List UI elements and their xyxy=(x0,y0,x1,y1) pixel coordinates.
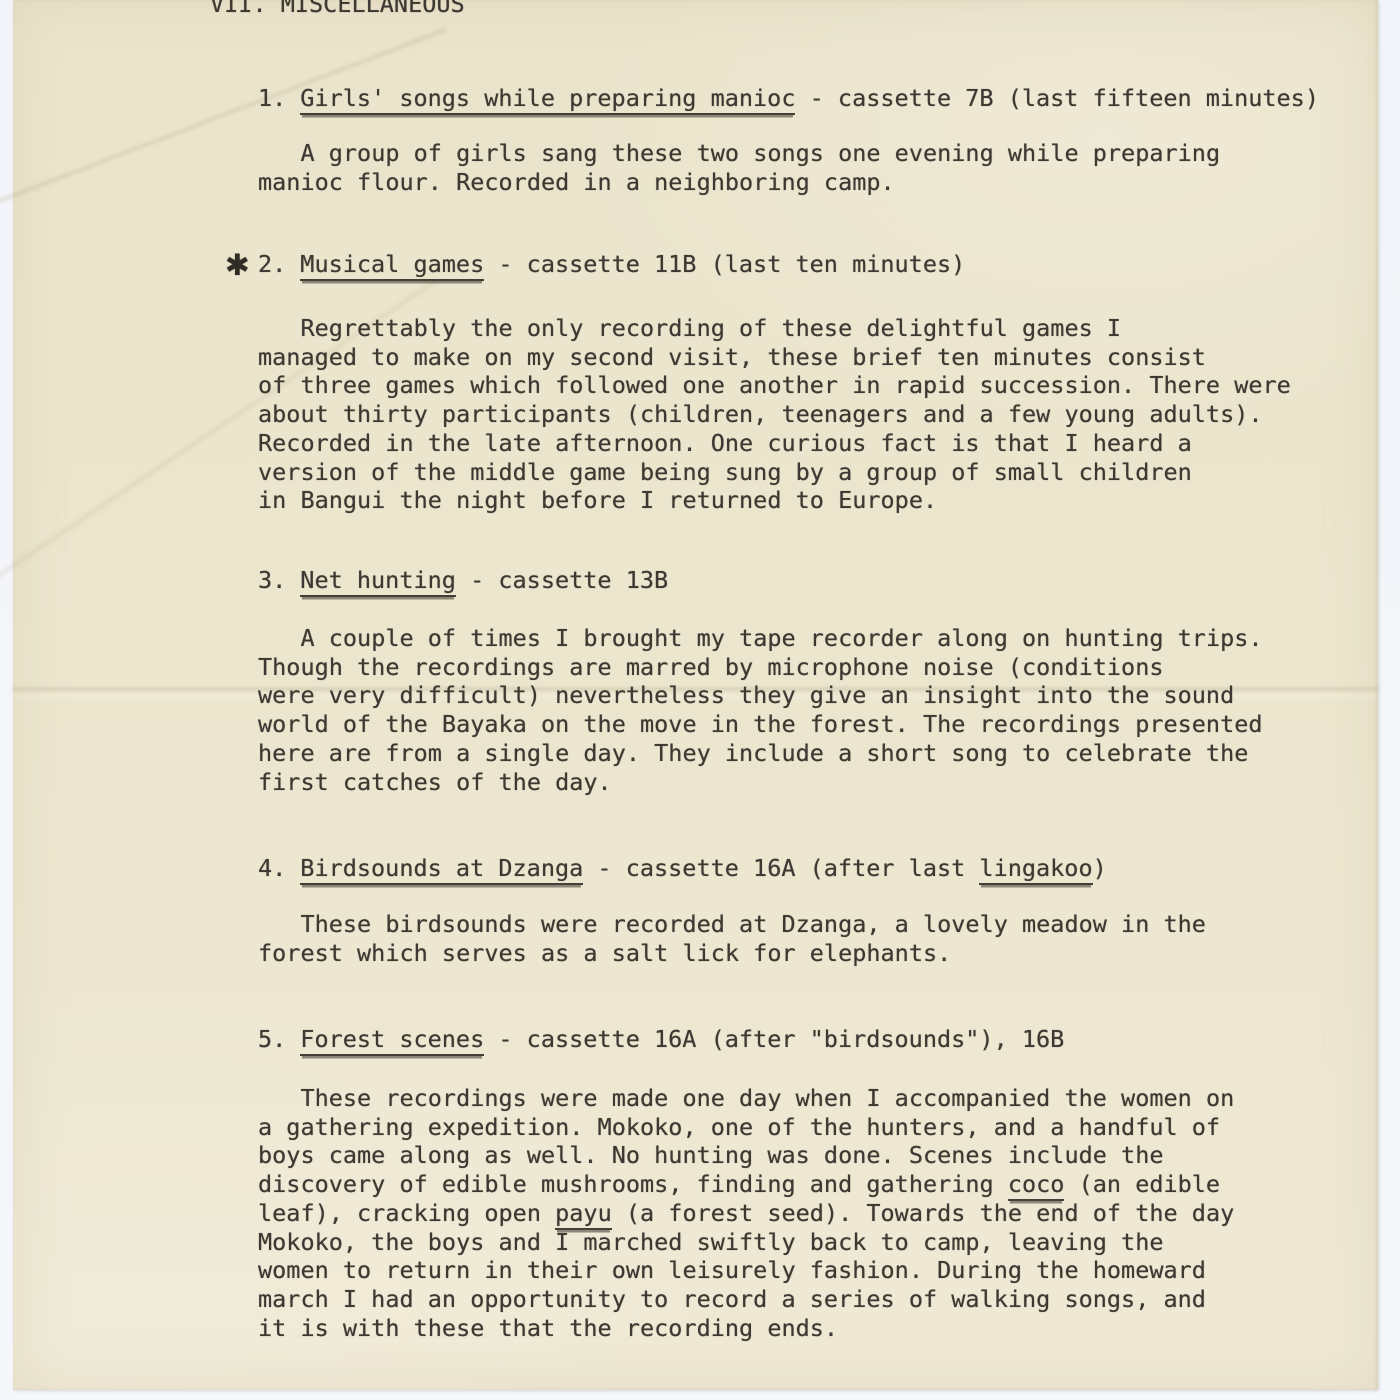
item-2-description: Regrettably the only recording of these … xyxy=(258,314,1380,515)
item-3-cassette-ref: - cassette 13B xyxy=(456,566,668,594)
item-2-title: Musical games xyxy=(300,250,484,281)
item-3-description: A couple of times I brought my tape reco… xyxy=(258,624,1380,796)
item-4-term-lingakoo: lingakoo xyxy=(979,854,1092,885)
item-5-term-payu: payu xyxy=(555,1199,612,1230)
item-4-number: 4. xyxy=(258,854,286,882)
item-1-description: A group of girls sang these two songs on… xyxy=(258,139,1380,196)
item-3-title: Net hunting xyxy=(300,566,456,597)
item-4-description: These birdsounds were recorded at Dzanga… xyxy=(258,910,1380,967)
item-5-cassette-ref: - cassette 16A (after "birdsounds"), 16B xyxy=(484,1025,1064,1053)
item-5-number: 5. xyxy=(258,1025,286,1053)
item-5-heading: 5.Forest scenes - cassette 16A (after "b… xyxy=(258,1025,1064,1054)
item-4-heading: 4.Birdsounds at Dzanga - cassette 16A (a… xyxy=(258,854,1107,883)
item-5-term-coco: coco xyxy=(1008,1170,1065,1201)
item-4-title: Birdsounds at Dzanga xyxy=(300,854,583,885)
section-title: VII. MISCELLANEOUS xyxy=(210,0,465,19)
item-1-title: Girls' songs while preparing manioc xyxy=(300,84,795,115)
item-1-cassette-ref: - cassette 7B (last fifteen minutes) xyxy=(795,84,1318,112)
item-2-heading: 2.Musical games - cassette 11B (last ten… xyxy=(258,250,965,279)
item-2-cassette-ref: - cassette 11B (last ten minutes) xyxy=(484,250,965,278)
item-5-title: Forest scenes xyxy=(300,1025,484,1056)
item-4-cassette-ref-close: ) xyxy=(1093,854,1107,882)
handwritten-asterisk-marker: ✱ xyxy=(226,240,249,284)
item-3-number: 3. xyxy=(258,566,286,594)
item-4-cassette-ref: - cassette 16A (after last xyxy=(583,854,979,882)
item-3-heading: 3.Net hunting - cassette 13B xyxy=(258,566,668,595)
item-5-description: These recordings were made one day when … xyxy=(258,1084,1380,1342)
item-2-number: 2. xyxy=(258,250,286,278)
item-1-number: 1. xyxy=(258,84,286,112)
document-page: VII. MISCELLANEOUS ✱ 1.Girls' songs whil… xyxy=(13,0,1378,1390)
scan-background: VII. MISCELLANEOUS ✱ 1.Girls' songs whil… xyxy=(0,0,1400,1400)
item-1-heading: 1.Girls' songs while preparing manioc - … xyxy=(258,84,1319,113)
